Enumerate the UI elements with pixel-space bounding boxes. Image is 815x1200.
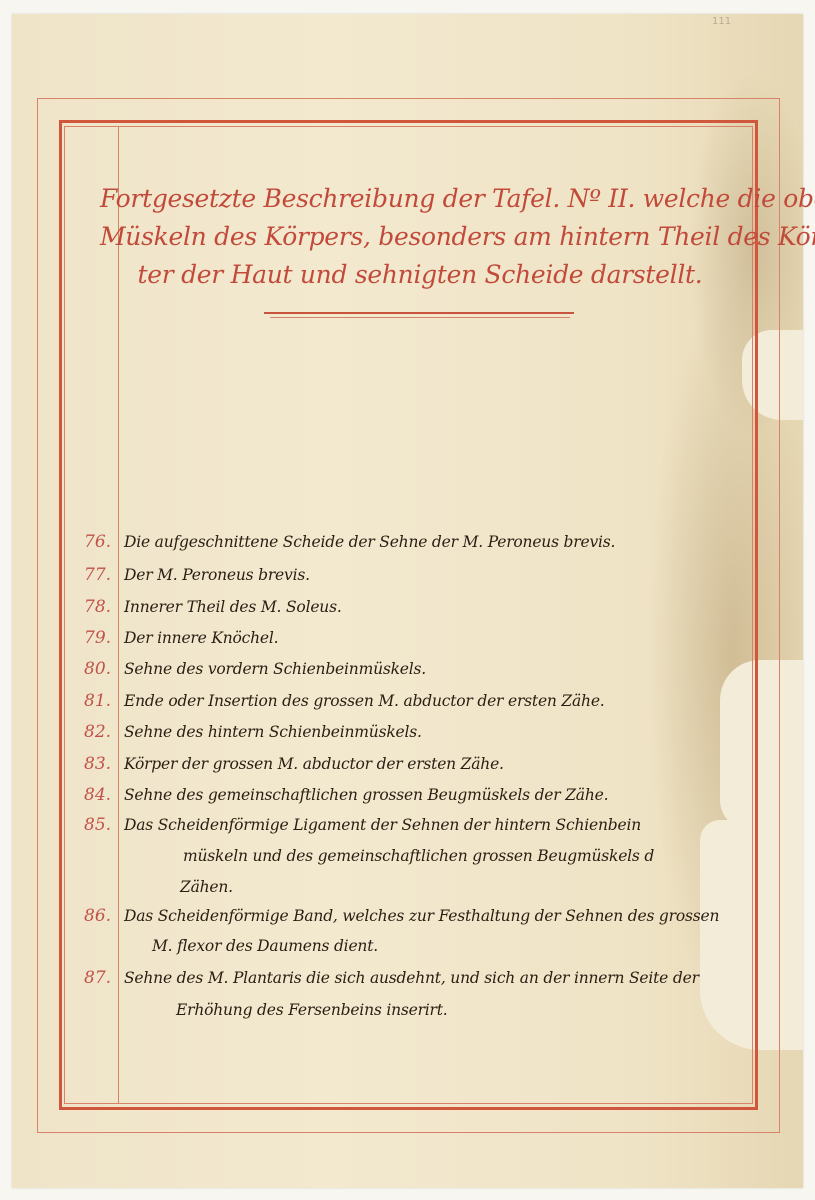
entry-number: 85. bbox=[84, 815, 116, 835]
entry-text: Sehne des hintern Schienbeinmüskels. bbox=[124, 723, 422, 741]
entry-text: Die aufgeschnittene Scheide der Sehne de… bbox=[124, 533, 615, 551]
entry-number: 79. bbox=[84, 628, 116, 648]
entry-number: 78. bbox=[84, 597, 116, 617]
entry-text: Innerer Theil des M. Soleus. bbox=[124, 598, 342, 616]
entry-number: 82. bbox=[84, 722, 116, 742]
entry-number: 84. bbox=[84, 785, 116, 805]
entry-number: 87. bbox=[84, 968, 116, 988]
entry-number: 80. bbox=[84, 659, 116, 679]
entry-number: 86. bbox=[84, 906, 116, 926]
title-underline bbox=[264, 312, 574, 314]
title-underline-thin bbox=[270, 317, 570, 318]
page-mark: 111 bbox=[712, 16, 731, 27]
entry-text: Der M. Peroneus brevis. bbox=[124, 566, 310, 584]
entry-number: 81. bbox=[84, 691, 116, 711]
entry-text-line-2: M. flexor des Daumens dient. bbox=[152, 937, 378, 955]
title-line-1: Fortgesetzte Beschreibung der Tafel. Nº … bbox=[100, 180, 740, 218]
entry-text: Der innere Knöchel. bbox=[124, 629, 278, 647]
entry-text: Ende oder Insertion des grossen M. abduc… bbox=[124, 692, 605, 710]
entry-text-line-1: Das Scheidenförmige Ligament der Sehnen … bbox=[124, 816, 641, 834]
entry-number: 83. bbox=[84, 754, 116, 774]
entry-text-line-2: Erhöhung des Fersenbeins inserirt. bbox=[176, 1001, 448, 1019]
entry-text-line-3: Zähen. bbox=[180, 878, 233, 896]
entry-text-line-1: Sehne des M. Plantaris die sich ausdehnt… bbox=[124, 969, 699, 987]
entry-text: Körper der grossen M. abductor der erste… bbox=[124, 755, 504, 773]
page-title: Fortgesetzte Beschreibung der Tafel. Nº … bbox=[100, 180, 740, 294]
title-line-2: Müskeln des Körpers, besonders am hinter… bbox=[100, 218, 740, 256]
entry-text: Sehne des gemeinschaftlichen grossen Beu… bbox=[124, 786, 608, 804]
entry-number: 76. bbox=[84, 532, 116, 552]
entry-number: 77. bbox=[84, 565, 116, 585]
entry-text-line-1: Das Scheidenförmige Band, welches zur Fe… bbox=[124, 907, 719, 925]
entry-text: Sehne des vordern Schienbeinmüskels. bbox=[124, 660, 426, 678]
entry-text-line-2: müskeln und des gemeinschaftlichen gross… bbox=[183, 847, 654, 865]
title-line-3: ter der Haut und sehnigten Scheide darst… bbox=[100, 256, 740, 294]
